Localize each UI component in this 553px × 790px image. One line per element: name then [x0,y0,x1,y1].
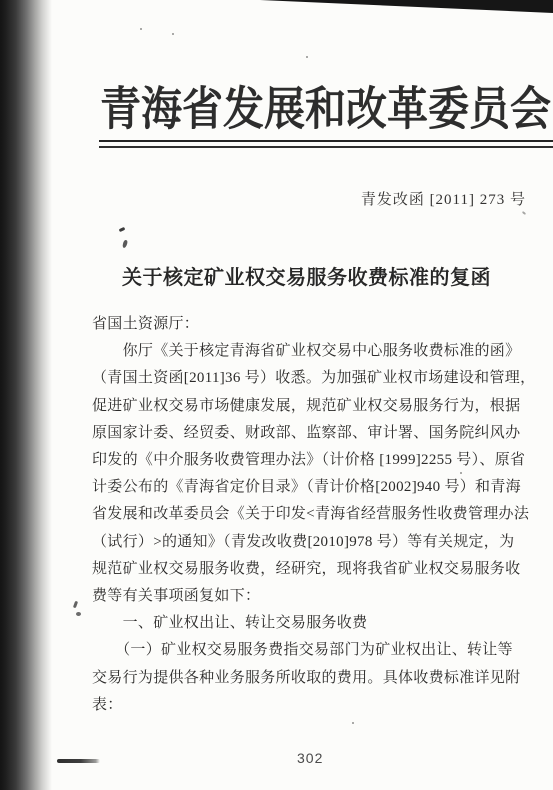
ink-streak [57,759,100,763]
body-line: 规范矿业权交易服务收费，经研究，现将我省矿业权交易服务收 [92,556,530,583]
letterhead-divider [99,140,553,148]
body-line: （试行）>的通知》（青发改收费[2010]978 号）等有关规定，为 [92,529,530,556]
body-line: 省国土资源厅： [92,311,530,338]
body-line: 印发的《中介服务收费管理办法》（计价格 [1999]2255 号）、原省 [92,447,530,474]
body-line: （青国土资函[2011]36 号）收悉。为加强矿业权市场建设和管理， [92,365,530,392]
ink-smudge [122,240,128,249]
body-line: 促进矿业权交易市场健康发展，规范矿业权交易服务行为，根据 [92,393,530,420]
body-line: （一）矿业权交易服务费指交易部门为矿业权出让、转让等 [92,637,530,664]
body-line: 你厅《关于核定青海省矿业权交易中心服务收费标准的函》 [92,338,530,365]
ink-smudge [119,227,126,232]
scan-speck [352,722,354,724]
scanner-edge-wedge [260,0,553,13]
ink-smudge [76,612,81,616]
document-number: 青发改函 [2011] 273 号 [361,188,526,209]
scan-speck [172,33,174,35]
binding-shadow [0,0,52,790]
document-title: 关于核定矿业权交易服务收费标准的复函 [60,261,553,290]
page-number: 302 [297,750,323,766]
letterhead-title: 青海省发展和改革委员会 [100,72,550,138]
document-body: 省国土资源厅： 你厅《关于核定青海省矿业权交易中心服务收费标准的函》 （青国土资… [92,311,530,719]
ink-smudge [73,601,78,609]
scan-speck [306,56,308,58]
body-line: 计委公布的《青海省定价目录》（青计价格[2002]940 号）和青海 [92,474,530,501]
body-line: 省发展和改革委员会《关于印发<青海省经营服务性收费管理办法 [92,501,530,528]
body-line: 费等有关事项函复如下： [92,583,530,610]
scanned-document-page: 青海省发展和改革委员会 青发改函 [2011] 273 号 关于核定矿业权交易服… [0,0,553,790]
body-line: 交易行为提供各种业务服务所收取的费用。具体收费标准详见附 [92,665,530,692]
scan-speck [140,28,142,30]
scan-speck [460,472,462,474]
body-line: 原国家计委、经贸委、财政部、监察部、审计署、国务院纠风办 [92,420,530,447]
body-line: 表： [92,692,530,719]
body-line: 一、矿业权出让、转让交易服务收费 [92,610,530,637]
scan-speck [522,211,526,215]
